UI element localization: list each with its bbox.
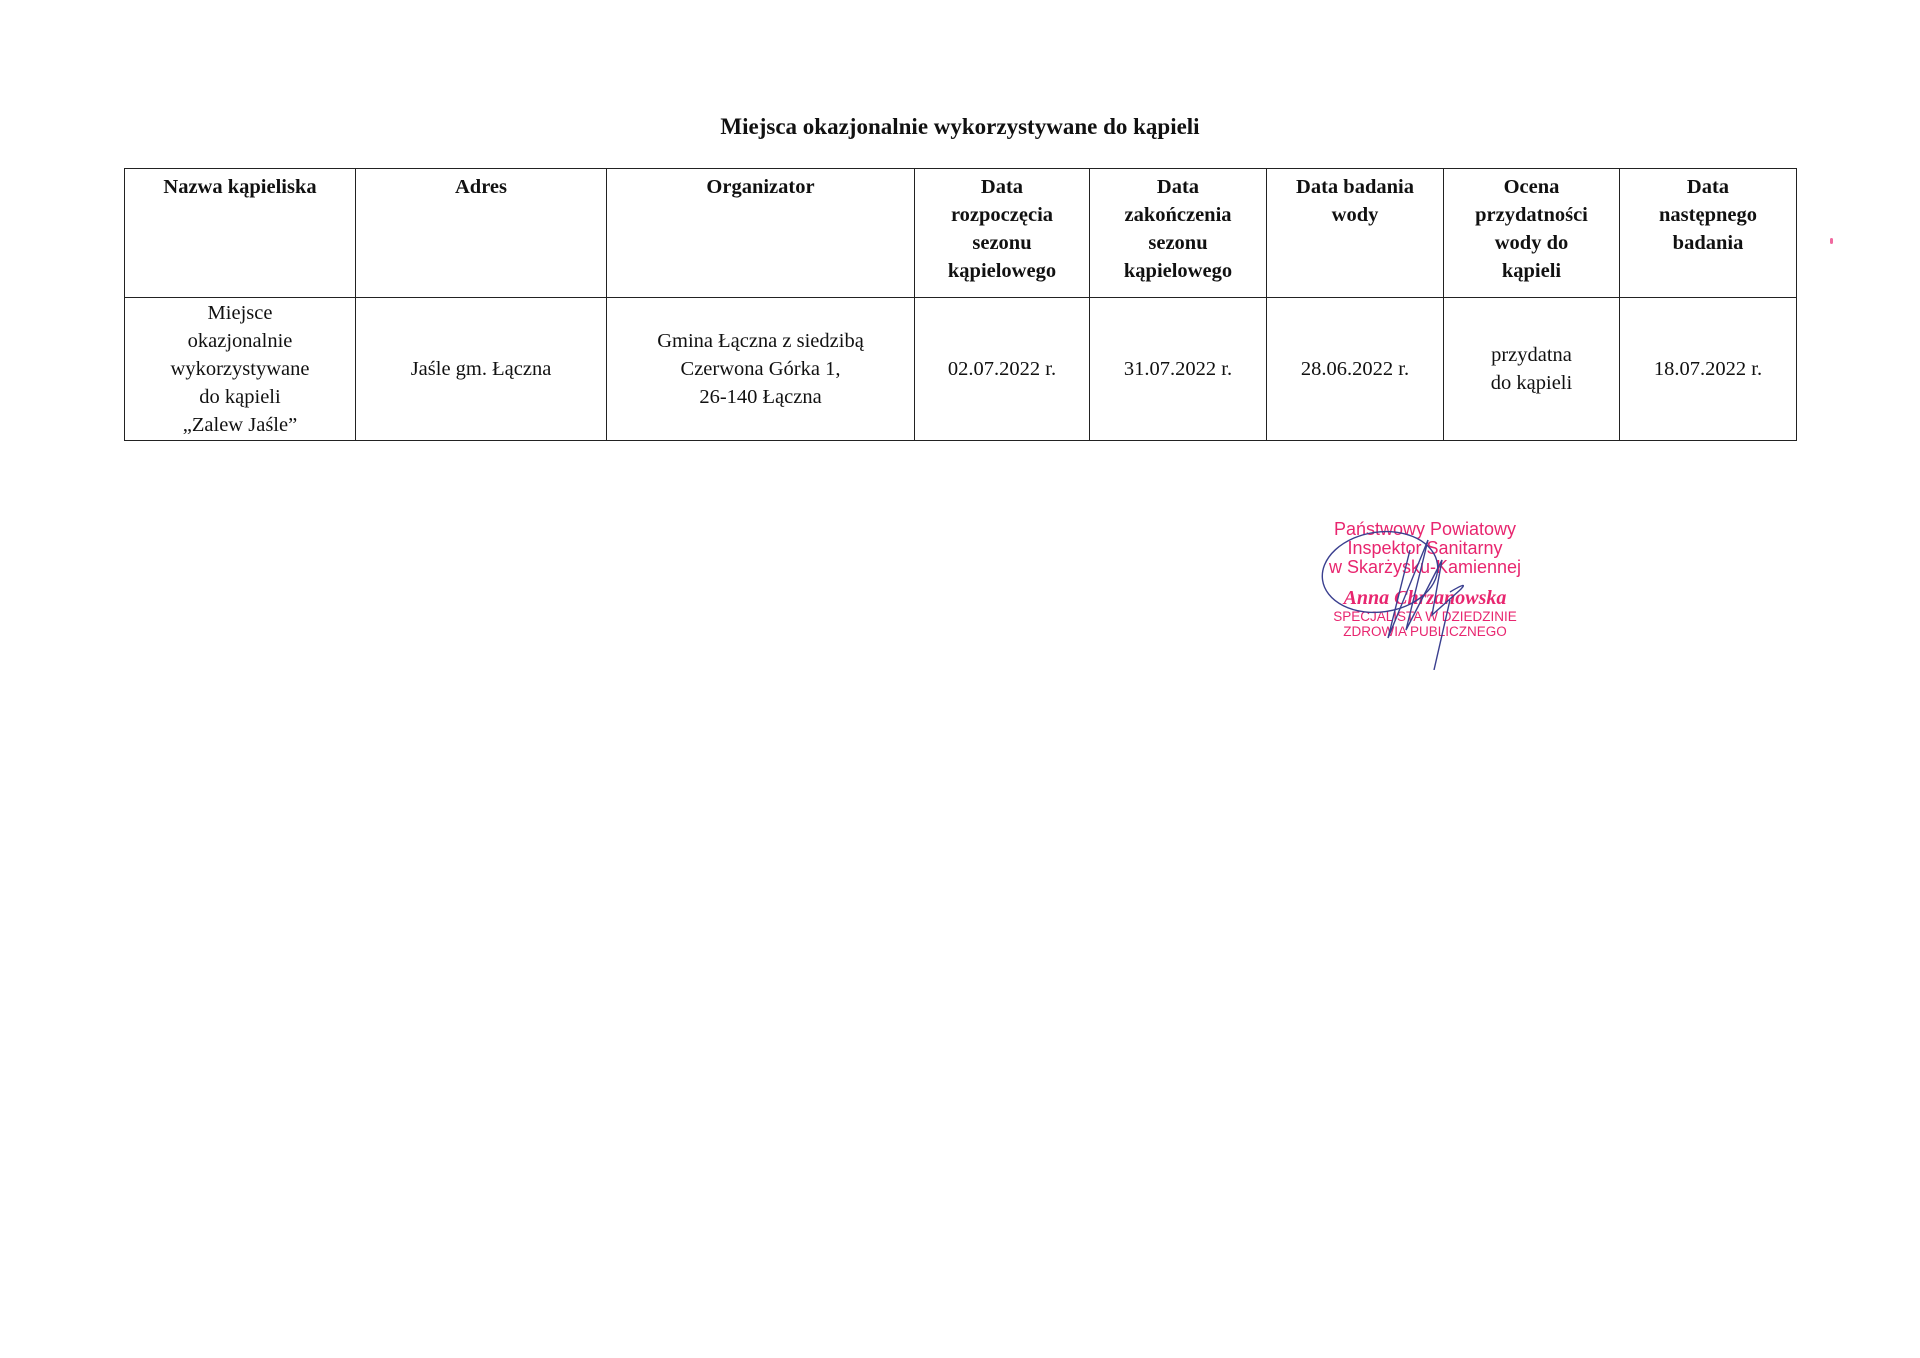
cell-organizer: Gmina Łączna z siedzibą Czerwona Górka 1… bbox=[607, 298, 915, 441]
header-season-start: Data rozpoczęcia sezonu kąpielowego bbox=[915, 169, 1090, 298]
header-adres: Adres bbox=[356, 169, 607, 298]
cell-next-test: 18.07.2022 r. bbox=[1620, 298, 1797, 441]
cell-season-end: 31.07.2022 r. bbox=[1090, 298, 1267, 441]
header-season-end: Data zakończenia sezonu kąpielowego bbox=[1090, 169, 1267, 298]
document-title: Miejsca okazjonalnie wykorzystywane do k… bbox=[0, 114, 1920, 140]
table-header-row: Nazwa kąpieliska Adres Organizator Data … bbox=[125, 169, 1797, 298]
header-test-date: Data badania wody bbox=[1267, 169, 1444, 298]
cell-name: Miejsce okazjonalnie wykorzystywane do k… bbox=[125, 298, 356, 441]
header-next-test: Data następnego badania bbox=[1620, 169, 1797, 298]
header-nazwa-kapieliska: Nazwa kąpieliska bbox=[125, 169, 356, 298]
cell-assessment: przydatna do kąpieli bbox=[1444, 298, 1620, 441]
cell-test-date: 28.06.2022 r. bbox=[1267, 298, 1444, 441]
table-row: Miejsce okazjonalnie wykorzystywane do k… bbox=[125, 298, 1797, 441]
bathing-sites-table: Nazwa kąpieliska Adres Organizator Data … bbox=[124, 168, 1797, 441]
cell-address: Jaśle gm. Łączna bbox=[356, 298, 607, 441]
cell-season-start: 02.07.2022 r. bbox=[915, 298, 1090, 441]
header-assessment: Ocena przydatności wody do kąpieli bbox=[1444, 169, 1620, 298]
stray-mark bbox=[1830, 238, 1833, 244]
header-organizator: Organizator bbox=[607, 169, 915, 298]
signature-icon bbox=[1310, 520, 1550, 670]
